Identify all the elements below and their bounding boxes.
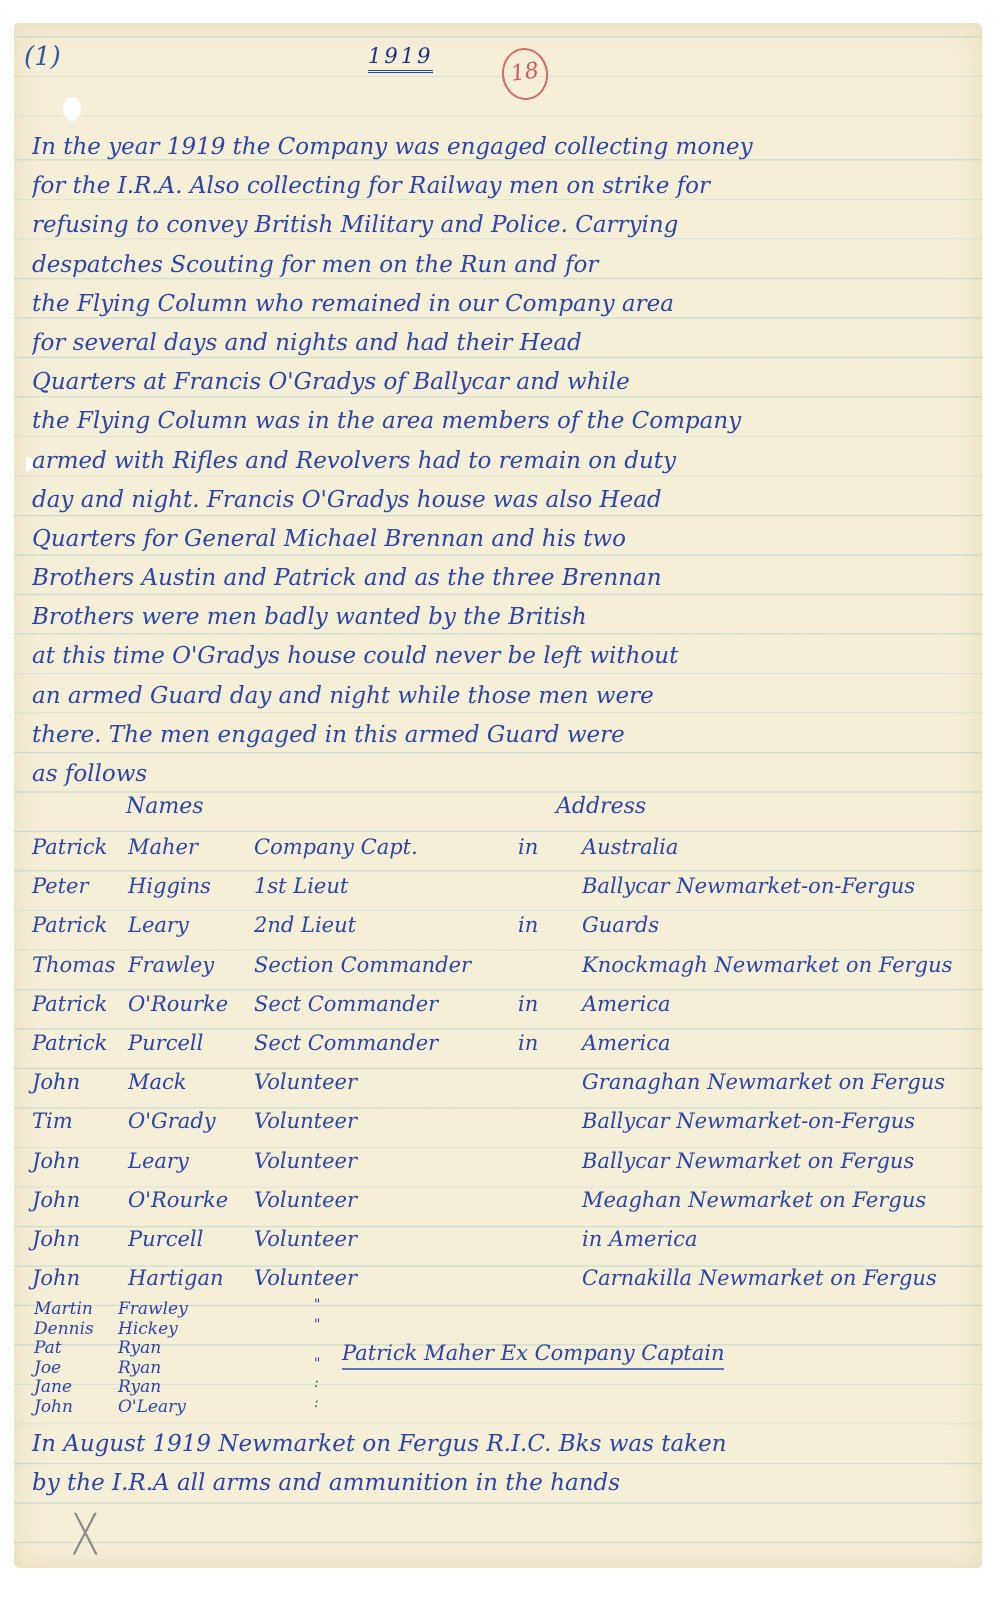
address-prefix: in bbox=[518, 913, 538, 937]
pencil-x-mark: X bbox=[70, 1502, 100, 1568]
list-row: Patrick Purcell Sect Commander in Americ… bbox=[32, 1025, 962, 1064]
first-name: Tim bbox=[32, 1109, 73, 1133]
rank: 2nd Lieut bbox=[254, 913, 356, 937]
rank: Sect Commander bbox=[254, 1031, 438, 1055]
rank: 1st Lieut bbox=[254, 874, 348, 898]
header-names: Names bbox=[126, 794, 204, 819]
address: Meaghan Newmarket on Fergus bbox=[582, 1188, 926, 1212]
address: Australia bbox=[582, 835, 678, 859]
rank: Section Commander bbox=[254, 953, 471, 977]
address-prefix: in bbox=[518, 992, 538, 1016]
list-row-small: John O'Leary : bbox=[32, 1397, 962, 1417]
signature: Patrick Maher Ex Company Captain bbox=[342, 1341, 724, 1370]
address: America bbox=[582, 992, 671, 1016]
closing-line: by the I.R.A all arms and ammunition in … bbox=[32, 1464, 952, 1503]
body-line: Quarters at Francis O'Gradys of Ballycar… bbox=[32, 363, 952, 402]
last-name: O'Grady bbox=[128, 1109, 216, 1133]
last-name: Leary bbox=[128, 913, 189, 937]
first-name: Peter bbox=[32, 874, 89, 898]
rank: Sect Commander bbox=[254, 992, 438, 1016]
punch-hole bbox=[63, 97, 81, 121]
body-line: as follows bbox=[32, 755, 952, 794]
address: Ballycar Newmarket-on-Fergus bbox=[582, 1109, 915, 1133]
body-line: day and night. Francis O'Gradys house wa… bbox=[32, 481, 952, 520]
list-row: John Leary Volunteer Ballycar Newmarket … bbox=[32, 1143, 962, 1182]
body-line: In the year 1919 the Company was engaged… bbox=[32, 128, 952, 167]
address: Knockmagh Newmarket on Fergus bbox=[582, 953, 952, 977]
address: in America bbox=[582, 1227, 697, 1251]
ditto-mark: : bbox=[314, 1375, 319, 1391]
last-name: Ryan bbox=[118, 1358, 161, 1378]
address: Ballycar Newmarket-on-Fergus bbox=[582, 874, 915, 898]
body-line: despatches Scouting for men on the Run a… bbox=[32, 246, 952, 285]
ditto-mark: " bbox=[314, 1317, 320, 1333]
list-row: John Hartigan Volunteer Carnakilla Newma… bbox=[32, 1260, 962, 1299]
body-line: the Flying Column who remained in our Co… bbox=[32, 285, 952, 324]
address: Carnakilla Newmarket on Fergus bbox=[582, 1266, 937, 1290]
rank: Volunteer bbox=[254, 1070, 357, 1094]
body-line: for several days and nights and had thei… bbox=[32, 324, 952, 363]
body-line: armed with Rifles and Revolvers had to r… bbox=[32, 442, 952, 481]
list-row: Tim O'Grady Volunteer Ballycar Newmarket… bbox=[32, 1103, 962, 1142]
last-name: Ryan bbox=[118, 1338, 161, 1358]
last-name: Hickey bbox=[118, 1319, 178, 1339]
last-name: Purcell bbox=[128, 1227, 203, 1251]
list-row: John Mack Volunteer Granaghan Newmarket … bbox=[32, 1064, 962, 1103]
rank: Company Capt. bbox=[254, 835, 418, 859]
first-name: John bbox=[32, 1070, 80, 1094]
list-row: Patrick Leary 2nd Lieut in Guards bbox=[32, 907, 962, 946]
address: Ballycar Newmarket on Fergus bbox=[582, 1149, 914, 1173]
ditto-mark: " bbox=[314, 1297, 320, 1313]
page-title: 1919 bbox=[368, 44, 433, 73]
last-name: O'Rourke bbox=[128, 992, 228, 1016]
address-prefix: in bbox=[518, 1031, 538, 1055]
last-name: O'Leary bbox=[118, 1397, 186, 1417]
first-name: Thomas bbox=[32, 953, 115, 977]
members-list: Names Address Patrick Maher Company Capt… bbox=[32, 790, 962, 1416]
body-line: Brothers were men badly wanted by the Br… bbox=[32, 598, 952, 637]
list-row-small: Dennis Hickey " bbox=[32, 1319, 962, 1339]
rank: Volunteer bbox=[254, 1266, 357, 1290]
address: Granaghan Newmarket on Fergus bbox=[582, 1070, 945, 1094]
last-name: O'Rourke bbox=[128, 1188, 228, 1212]
list-row: John Purcell Volunteer in America bbox=[32, 1221, 962, 1260]
body-line: Brothers Austin and Patrick and as the t… bbox=[32, 559, 952, 598]
body-line: Quarters for General Michael Brennan and… bbox=[32, 520, 952, 559]
last-name: Ryan bbox=[118, 1377, 161, 1397]
body-line: there. The men engaged in this armed Gua… bbox=[32, 716, 952, 755]
list-row: Thomas Frawley Section Commander Knockma… bbox=[32, 947, 962, 986]
rank: Volunteer bbox=[254, 1227, 357, 1251]
body-line: an armed Guard day and night while those… bbox=[32, 677, 952, 716]
first-name: John bbox=[32, 1266, 80, 1290]
first-name: Patrick bbox=[32, 835, 107, 859]
list-row: Patrick Maher Company Capt. in Australia bbox=[32, 829, 962, 868]
last-name: Frawley bbox=[118, 1299, 188, 1319]
address: Guards bbox=[582, 913, 659, 937]
closing-paragraph: In August 1919 Newmarket on Fergus R.I.C… bbox=[32, 1425, 952, 1503]
first-name: John bbox=[32, 1149, 80, 1173]
list-row-small: Jane Ryan : bbox=[32, 1377, 962, 1397]
first-name: Patrick bbox=[32, 913, 107, 937]
first-name: Patrick bbox=[32, 1031, 107, 1055]
first-name: Jane bbox=[34, 1377, 72, 1397]
list-row: Peter Higgins 1st Lieut Ballycar Newmark… bbox=[32, 868, 962, 907]
first-name: Pat bbox=[34, 1338, 62, 1358]
last-name: Mack bbox=[128, 1070, 187, 1094]
body-line: at this time O'Gradys house could never … bbox=[32, 637, 952, 676]
closing-line: In August 1919 Newmarket on Fergus R.I.C… bbox=[32, 1425, 952, 1464]
first-name: Dennis bbox=[34, 1319, 94, 1339]
address: America bbox=[582, 1031, 671, 1055]
list-header: Names Address bbox=[32, 790, 962, 829]
last-name: Higgins bbox=[128, 874, 211, 898]
first-name: Martin bbox=[34, 1299, 93, 1319]
body-line: for the I.R.A. Also collecting for Railw… bbox=[32, 167, 952, 206]
address-prefix: in bbox=[518, 835, 538, 859]
rank: Volunteer bbox=[254, 1109, 357, 1133]
body-paragraph: In the year 1919 the Company was engaged… bbox=[32, 128, 952, 794]
header-address: Address bbox=[556, 794, 646, 819]
ditto-mark: " bbox=[314, 1356, 320, 1372]
list-row: John O'Rourke Volunteer Meaghan Newmarke… bbox=[32, 1182, 962, 1221]
ditto-mark: : bbox=[314, 1395, 319, 1411]
last-name: Purcell bbox=[128, 1031, 203, 1055]
first-name: John bbox=[32, 1227, 80, 1251]
last-name: Hartigan bbox=[128, 1266, 224, 1290]
rank: Volunteer bbox=[254, 1188, 357, 1212]
body-line: refusing to convey British Military and … bbox=[32, 206, 952, 245]
body-line: the Flying Column was in the area member… bbox=[32, 402, 952, 441]
last-name: Maher bbox=[128, 835, 198, 859]
first-name: Patrick bbox=[32, 992, 107, 1016]
list-row-small: Martin Frawley " bbox=[32, 1299, 962, 1319]
rank: Volunteer bbox=[254, 1149, 357, 1173]
first-name: Joe bbox=[34, 1358, 61, 1378]
list-row: Patrick O'Rourke Sect Commander in Ameri… bbox=[32, 986, 962, 1025]
last-name: Frawley bbox=[128, 953, 214, 977]
first-name: John bbox=[34, 1397, 73, 1417]
page-marker: (1) bbox=[24, 42, 61, 72]
last-name: Leary bbox=[128, 1149, 189, 1173]
first-name: John bbox=[32, 1188, 80, 1212]
